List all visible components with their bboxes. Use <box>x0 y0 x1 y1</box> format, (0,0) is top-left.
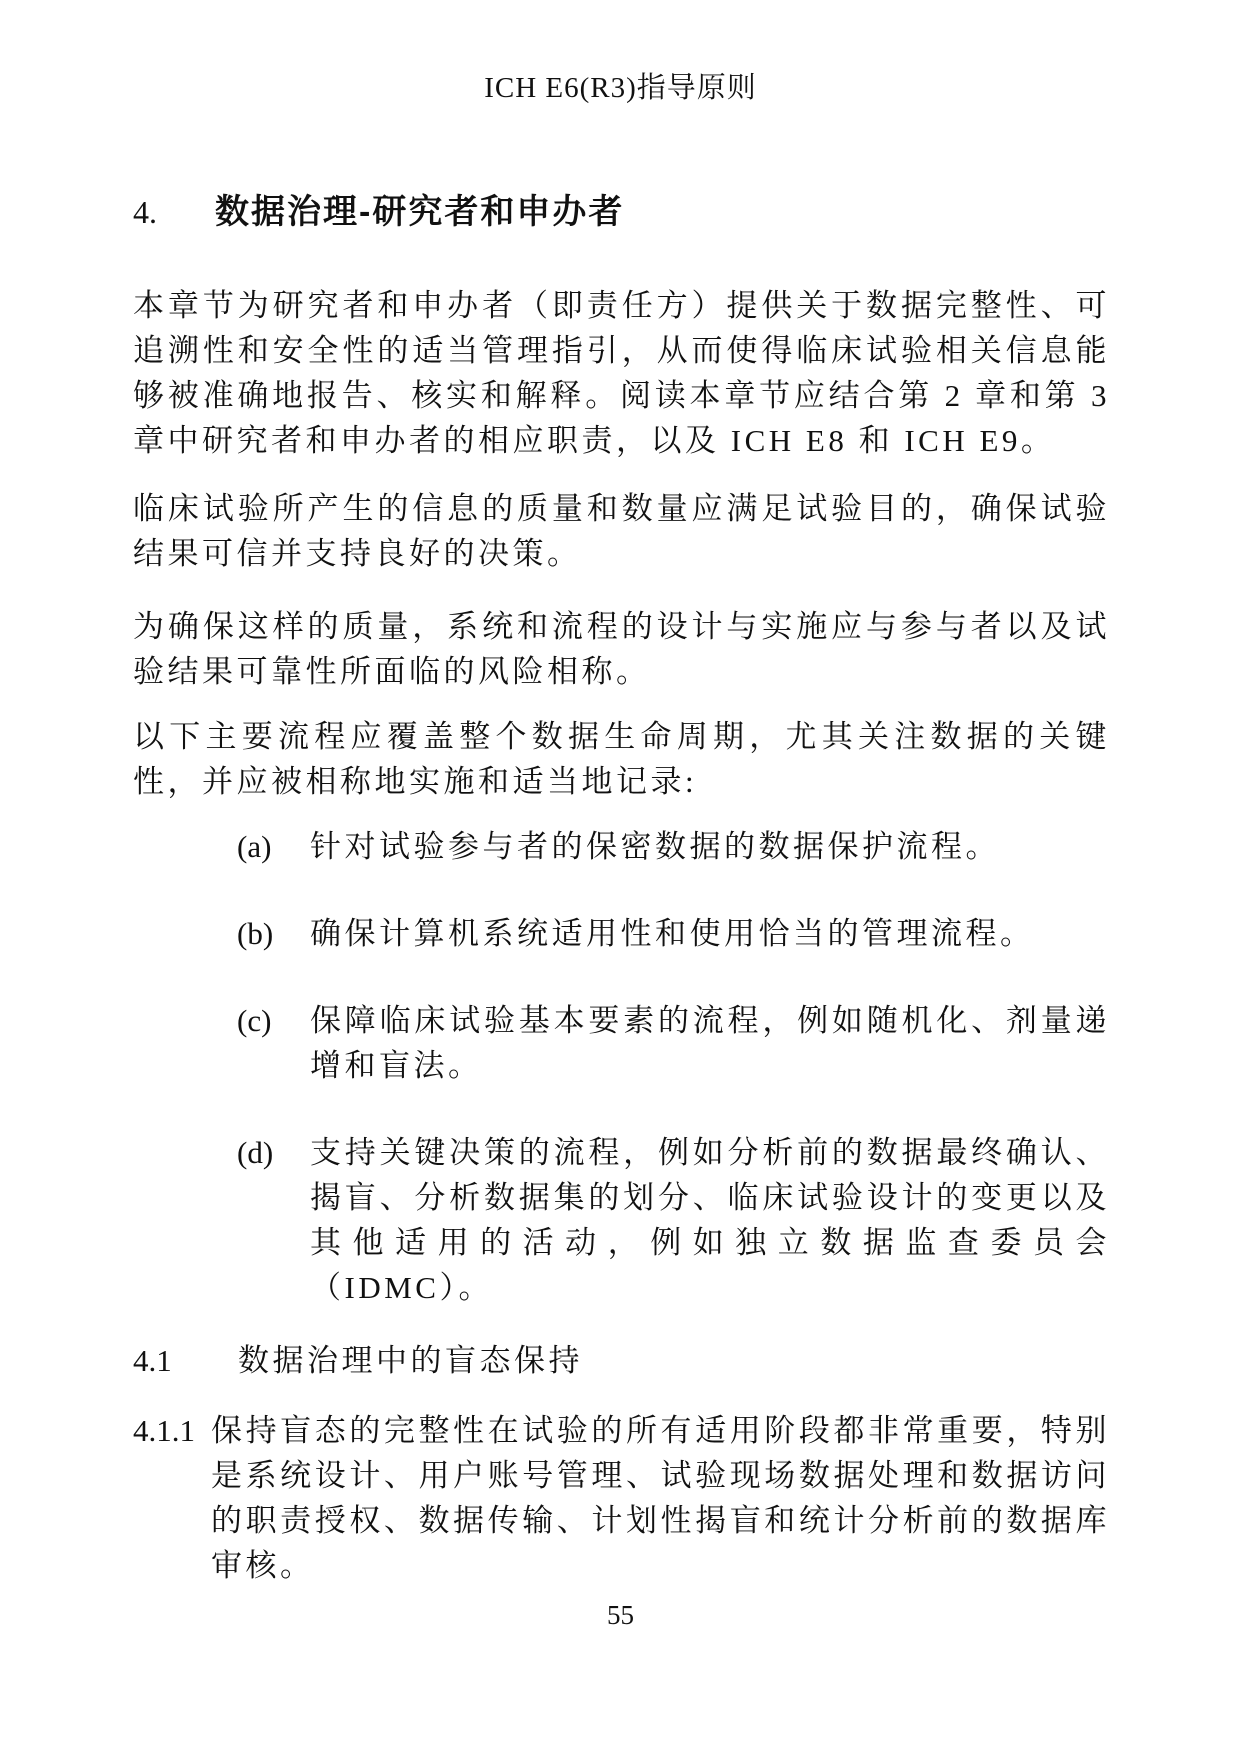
list-item-c: (c) 保障临床试验基本要素的流程，例如随机化、剂量递增和盲法。 <box>133 998 1110 1088</box>
document-page: ICH E6(R3)指导原则 4.数据治理-研究者和申办者 本章节为研究者和申办… <box>0 0 1241 1755</box>
paragraph-quality-quantity: 临床试验所产生的信息的质量和数量应满足试验目的，确保试验结果可信并支持良好的决策… <box>133 486 1110 576</box>
paragraph-risk-proportionate: 为确保这样的质量，系统和流程的设计与实施应与参与者以及试验结果可靠性所面临的风险… <box>133 604 1110 694</box>
list-item-a-label: (a) <box>237 824 271 869</box>
section-heading: 4.数据治理-研究者和申办者 <box>133 190 1110 241</box>
section-number: 4. <box>133 190 215 234</box>
subsection-title: 数据治理中的盲态保持 <box>238 1343 583 1378</box>
clause-number: 4.1.1 <box>133 1408 195 1453</box>
paragraph-list-lead-in: 以下主要流程应覆盖整个数据生命周期，尤其关注数据的关键性，并应被相称地实施和适当… <box>133 714 1110 804</box>
subsection-number: 4.1 <box>133 1338 238 1383</box>
list-item-a-text: 针对试验参与者的保密数据的数据保护流程。 <box>310 829 1000 864</box>
list-item-d-text: 支持关键决策的流程，例如分析前的数据最终确认、揭盲、分析数据集的划分、临床试验设… <box>310 1135 1110 1305</box>
list-item-b-text: 确保计算机系统适用性和使用恰当的管理流程。 <box>310 916 1035 951</box>
list-item-c-text: 保障临床试验基本要素的流程，例如随机化、剂量递增和盲法。 <box>310 1003 1110 1083</box>
page-number: 55 <box>0 1600 1241 1630</box>
list-item-d: (d) 支持关键决策的流程，例如分析前的数据最终确认、揭盲、分析数据集的划分、临… <box>133 1130 1110 1310</box>
process-list: (a) 针对试验参与者的保密数据的数据保护流程。 (b) 确保计算机系统适用性和… <box>133 824 1110 1310</box>
section-title: 数据治理-研究者和申办者 <box>215 193 624 231</box>
subsection-heading: 4.1数据治理中的盲态保持 <box>133 1338 1110 1383</box>
list-item-a: (a) 针对试验参与者的保密数据的数据保护流程。 <box>133 824 1110 869</box>
list-item-d-label: (d) <box>237 1130 273 1175</box>
running-header: ICH E6(R3)指导原则 <box>0 72 1241 104</box>
list-item-b-label: (b) <box>237 911 273 956</box>
page-content: 4.数据治理-研究者和申办者 本章节为研究者和申办者（即责任方）提供关于数据完整… <box>133 190 1110 1588</box>
list-item-c-label: (c) <box>237 998 271 1043</box>
list-item-b: (b) 确保计算机系统适用性和使用恰当的管理流程。 <box>133 911 1110 956</box>
clause-4-1-1: 4.1.1 保持盲态的完整性在试验的所有适用阶段都非常重要，特别是系统设计、用户… <box>133 1408 1110 1588</box>
clause-text: 保持盲态的完整性在试验的所有适用阶段都非常重要，特别是系统设计、用户账号管理、试… <box>211 1408 1110 1588</box>
paragraph-intro: 本章节为研究者和申办者（即责任方）提供关于数据完整性、可追溯性和安全性的适当管理… <box>133 283 1110 463</box>
